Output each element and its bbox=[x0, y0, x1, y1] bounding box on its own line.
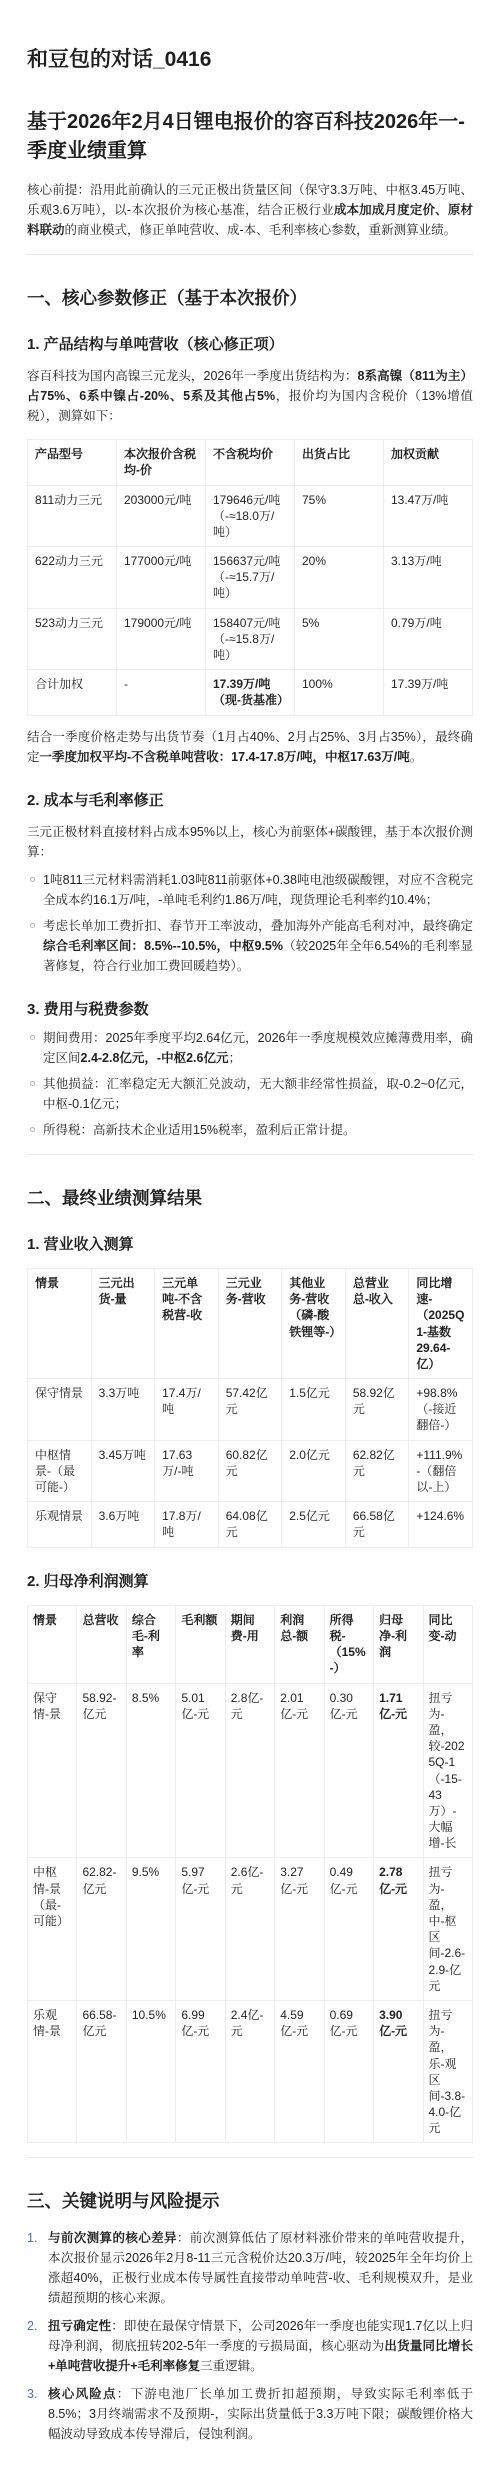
table-cell: 10.5% bbox=[126, 2000, 175, 2143]
table-header-row: 情景三元出货-量三元单吨-不含税营-收三元业务-营收其他业务-营收（磷-酸铁锂等… bbox=[28, 1268, 473, 1378]
cell-text: 64.08亿元 bbox=[226, 1509, 268, 1539]
list-item: 期间费用：2025年季度平均2.64亿元，2026年一季度规模效应摊薄费用率，确… bbox=[27, 1028, 473, 1068]
text-run: 考虑长单加工费折扣、春节开工率波动，叠加海外产能高毛利对冲，最终确定 bbox=[43, 919, 473, 933]
main-heading: 基于2026年2月4日锂电报价的容百科技2026年一-季度业绩重算 bbox=[27, 108, 473, 166]
column-header: 加权贡献 bbox=[384, 440, 473, 485]
cell-text: 62.82亿元 bbox=[353, 1448, 395, 1478]
cell-text: 2.6亿-元 bbox=[231, 1865, 264, 1895]
cell-text: 8.5% bbox=[132, 1691, 159, 1705]
cell-text: 10.5% bbox=[132, 2008, 166, 2022]
table-cell: 0.79万/吨 bbox=[384, 608, 473, 670]
bullet-icon bbox=[30, 1127, 35, 1132]
cell-text: 0.79万/吨 bbox=[391, 616, 442, 630]
section-divider bbox=[27, 254, 473, 255]
list-item: 3.核心风险点：下游电池厂长单加工费折扣超预期，导致实际毛利率低于8.5%；3月… bbox=[27, 2384, 473, 2444]
text-run: 所得税：高新技术企业适用15%税率，盈利后正常计提。 bbox=[43, 1123, 356, 1137]
cell-text: 3.27亿-元 bbox=[280, 1865, 308, 1895]
cell-text: 57.42亿元 bbox=[226, 1386, 268, 1416]
cell-text: 3.90亿-元 bbox=[379, 2008, 407, 2038]
bullet-icon bbox=[30, 877, 35, 882]
text-run: 的商业模式，修正单吨营收、成-本、毛利率核心参数，重新测算业绩。 bbox=[65, 223, 457, 237]
text-run: 扭亏确定性 bbox=[48, 2319, 111, 2333]
cell-text: 100% bbox=[302, 677, 333, 691]
section-divider bbox=[27, 1154, 473, 1155]
text-run: 综合毛利率区间：8.5%--10.5%，中枢9.5% bbox=[43, 939, 283, 953]
list-item-text: 其他损益：汇率稳定无大额汇兑波动，无大额非经常性损益，取-0.2~0亿元，中枢-… bbox=[43, 1074, 473, 1114]
table-cell: +111.9%-（翻倍以-上） bbox=[409, 1440, 473, 1502]
table-cell: 57.42亿元 bbox=[218, 1379, 282, 1441]
cell-text: 5.01亿-元 bbox=[181, 1691, 209, 1721]
column-header: 期间费-用 bbox=[225, 1605, 274, 1683]
table-cell: 17.4万/吨 bbox=[155, 1379, 219, 1441]
table-cell: +98.8%（-接近翻倍-） bbox=[409, 1379, 473, 1441]
table-row: 中枢情-景（最-可能）62.82-亿元9.5%5.97亿-元2.6亿-元3.27… bbox=[28, 1858, 473, 2001]
column-header: 总营业总-收入 bbox=[345, 1268, 409, 1378]
list-item-text: 所得税：高新技术企业适用15%税率，盈利后正常计提。 bbox=[43, 1120, 473, 1140]
intro-paragraph: 核心前提：沿用此前确认的三元正极出货量区间（保守3.3万吨、中枢3.45万吨、乐… bbox=[27, 180, 473, 240]
list-item-text: 期间费用：2025年季度平均2.64亿元，2026年一季度规模效应摊薄费用率，确… bbox=[43, 1028, 473, 1068]
table-row: 622动力三元177000元/吨156637元/吨（-≈15.7万/吨）20%3… bbox=[28, 547, 473, 609]
table-cell: 66.58-亿元 bbox=[77, 2000, 126, 2143]
table-cell: 中枢情-景（最-可能） bbox=[28, 1858, 77, 2001]
cell-text: 乐观情-景 bbox=[33, 2008, 61, 2038]
cell-text: 0.49亿-元 bbox=[330, 1865, 358, 1895]
column-header: 情景 bbox=[28, 1605, 77, 1683]
cell-text: 13.47万/吨 bbox=[391, 493, 448, 507]
column-header: 情景 bbox=[28, 1268, 92, 1378]
list-item: 所得税：高新技术企业适用15%税率，盈利后正常计提。 bbox=[27, 1120, 473, 1140]
text-run: 容百科技为国内高镍三元龙头，2026年一季度出货结构为： bbox=[27, 369, 358, 383]
table-cell: 75% bbox=[295, 485, 384, 547]
list-item-text: 核心风险点：下游电池厂长单加工费折扣超预期，导致实际毛利率低于8.5%；3月终端… bbox=[48, 2384, 473, 2444]
subsection-1-2-heading: 2. 成本与毛利率修正 bbox=[27, 791, 473, 811]
table-cell: 17.8万/吨 bbox=[155, 1502, 219, 1547]
cell-text: 扭亏为-盈，较-2025Q-1（-15-43万）-大幅增-长 bbox=[429, 1691, 465, 1851]
cell-text: 17.39万/吨（现-货基准） bbox=[213, 677, 289, 707]
cell-text: 17.4万/吨 bbox=[162, 1386, 201, 1416]
list-item: 2.扭亏确定性：即使在最保守情景下，公司2026年一季度也能实现1.7亿以上归母… bbox=[27, 2316, 473, 2376]
product-price-table: 产品型号本次报价含税均-价不含税均价出货占比加权贡献811动力三元203000元… bbox=[27, 439, 473, 715]
table-cell: 17.39万/吨 bbox=[384, 670, 473, 715]
table-cell: 2.6亿-元 bbox=[225, 1858, 274, 2001]
cost-intro-paragraph: 三元正极材料直接材料占成本95%以上，核心为前驱体+碳酸锂，基于本次报价测算： bbox=[27, 822, 473, 862]
column-header: 利润总-额 bbox=[275, 1605, 324, 1683]
cell-text: 2.4亿-元 bbox=[231, 2008, 264, 2038]
cell-text: 58.92亿元 bbox=[353, 1386, 395, 1416]
column-header: 本次报价含税均-价 bbox=[117, 440, 206, 485]
cell-text: 中枢情景-（最可能-） bbox=[35, 1448, 75, 1494]
table-cell: 3.90亿-元 bbox=[374, 2000, 423, 2143]
table-cell: 2.0亿元 bbox=[282, 1440, 346, 1502]
table-cell: 179646元/吨（-≈18.0万/吨） bbox=[206, 485, 295, 547]
cell-text: 20% bbox=[302, 554, 326, 568]
table-cell: 3.45万吨 bbox=[91, 1440, 155, 1502]
weighted-revenue-note: 结合一季度价格走势与出货节奏（1月占40%、2月占25%、3月占35%），最终确… bbox=[27, 727, 473, 767]
table-cell: 5.97亿-元 bbox=[176, 1858, 225, 2001]
table-cell: 3.3万吨 bbox=[91, 1379, 155, 1441]
section-divider bbox=[27, 2157, 473, 2158]
text-run: 核心风险点 bbox=[48, 2387, 117, 2401]
table-header-row: 产品型号本次报价含税均-价不含税均价出货占比加权贡献 bbox=[28, 440, 473, 485]
table-cell: 扭亏为-盈，中-枢区间-2.6-2.9-亿元 bbox=[423, 1858, 473, 2001]
table-cell: 811动力三元 bbox=[28, 485, 117, 547]
cell-text: 66.58亿元 bbox=[353, 1509, 395, 1539]
cell-text: 158407元/吨（-≈15.8万/吨） bbox=[213, 616, 280, 662]
table-row: 保守情-景58.92-亿元8.5%5.01亿-元2.8亿-元2.01亿-元0.3… bbox=[28, 1683, 473, 1858]
fee-tax-bullet-list: 期间费用：2025年季度平均2.64亿元，2026年一季度规模效应摊薄费用率，确… bbox=[27, 1028, 473, 1140]
table-cell: 1.71亿-元 bbox=[374, 1683, 423, 1858]
table-cell: 保守情-景 bbox=[28, 1683, 77, 1858]
cell-text: 4.59亿-元 bbox=[280, 2008, 308, 2038]
revenue-table: 情景三元出货-量三元单吨-不含税营-收三元业务-营收其他业务-营收（磷-酸铁锂等… bbox=[27, 1268, 473, 1548]
product-structure-paragraph: 容百科技为国内高镍三元龙头，2026年一季度出货结构为：8系高镍（811为主）占… bbox=[27, 366, 473, 426]
table-cell: 64.08亿元 bbox=[218, 1502, 282, 1547]
cell-text: 58.92-亿元 bbox=[82, 1691, 116, 1721]
table-cell: 66.58亿元 bbox=[345, 1502, 409, 1547]
table-cell: 2.8亿-元 bbox=[225, 1683, 274, 1858]
table-cell: 13.47万/吨 bbox=[384, 485, 473, 547]
cell-text: 乐观情景 bbox=[35, 1509, 83, 1523]
table-row: 保守情景3.3万吨17.4万/吨57.42亿元1.5亿元58.92亿元+98.8… bbox=[28, 1379, 473, 1441]
table-cell: 0.49亿-元 bbox=[324, 1858, 373, 2001]
subsection-1-3-heading: 3. 费用与税费参数 bbox=[27, 1000, 473, 1020]
table-cell: 5.01亿-元 bbox=[176, 1683, 225, 1858]
cell-text: 17.39万/吨 bbox=[391, 677, 448, 691]
table-cell: 0.69亿-元 bbox=[324, 2000, 373, 2143]
table-cell: 622动力三元 bbox=[28, 547, 117, 609]
cell-text: - bbox=[124, 677, 128, 691]
cell-text: 811动力三元 bbox=[35, 493, 102, 507]
table-cell: 62.82-亿元 bbox=[77, 1858, 126, 2001]
column-header: 出货占比 bbox=[295, 440, 384, 485]
column-header: 产品型号 bbox=[28, 440, 117, 485]
section-2-heading: 二、最终业绩测算结果 bbox=[27, 1187, 473, 1211]
cell-text: 177000元/吨 bbox=[124, 554, 191, 568]
list-item-text: 考虑长单加工费折扣、春节开工率波动，叠加海外产能高毛利对冲，最终确定综合毛利率区… bbox=[43, 916, 473, 976]
table-cell: 扭亏为-盈，乐-观区间-3.8-4.0-亿元 bbox=[423, 2000, 473, 2143]
table-cell: 4.59亿-元 bbox=[275, 2000, 324, 2143]
table-cell: 保守情景 bbox=[28, 1379, 92, 1441]
table-cell: 5% bbox=[295, 608, 384, 670]
list-item-text: 1吨811三元材料需消耗1.03吨811前驱体+0.38吨电池级碳酸锂，对应不含… bbox=[43, 870, 473, 910]
cell-text: 2.5亿元 bbox=[289, 1509, 330, 1523]
text-run: ； bbox=[228, 1051, 241, 1065]
column-header: 归母净-利润 bbox=[374, 1605, 423, 1683]
table-row: 523动力三元179000元/吨158407元/吨（-≈15.8万/吨）5%0.… bbox=[28, 608, 473, 670]
column-header: 同比变-动 bbox=[423, 1605, 473, 1683]
bullet-icon bbox=[30, 1035, 35, 1040]
item-number: 1. bbox=[27, 2228, 42, 2308]
column-header: 不含税均价 bbox=[206, 440, 295, 485]
list-item: 考虑长单加工费折扣、春节开工率波动，叠加海外产能高毛利对冲，最终确定综合毛利率区… bbox=[27, 916, 473, 976]
cell-text: 合计加权 bbox=[35, 677, 83, 691]
table-cell: 2.01亿-元 bbox=[275, 1683, 324, 1858]
cell-text: 5% bbox=[302, 616, 319, 630]
table-cell: 58.92-亿元 bbox=[77, 1683, 126, 1858]
cell-text: 1.5亿元 bbox=[289, 1386, 330, 1400]
table-cell: 156637元/吨（-≈15.7万/吨） bbox=[206, 547, 295, 609]
bullet-icon bbox=[30, 1081, 35, 1086]
cell-text: 扭亏为-盈，中-枢区间-2.6-2.9-亿元 bbox=[429, 1865, 466, 1992]
column-header: 所得税-（15%-） bbox=[324, 1605, 373, 1683]
table-cell: 58.92亿元 bbox=[345, 1379, 409, 1441]
table-cell: 62.82亿元 bbox=[345, 1440, 409, 1502]
subsection-2-1-heading: 1. 营业收入测算 bbox=[27, 1235, 473, 1255]
table-cell: - bbox=[117, 670, 206, 715]
cell-text: 179000元/吨 bbox=[124, 616, 191, 630]
text-run: 其他损益：汇率稳定无大额汇兑波动，无大额非经常性损益，取-0.2~0亿元，中枢-… bbox=[43, 1077, 473, 1111]
risk-numbered-list: 1.与前次测算的核心差异：前次测算低估了原材料涨价带来的单吨营收提升，本次报价显… bbox=[27, 2228, 473, 2444]
table-header-row: 情景总营收综合毛-利率毛利额期间费-用利润总-额所得税-（15%-）归母净-利润… bbox=[28, 1605, 473, 1683]
section-1-heading: 一、核心参数修正（基于本次报价） bbox=[27, 287, 473, 311]
cell-text: 0.69亿-元 bbox=[330, 2008, 358, 2038]
column-header: 总营收 bbox=[77, 1605, 126, 1683]
cell-text: 2.78亿-元 bbox=[379, 1865, 407, 1895]
cell-text: 0.30亿-元 bbox=[330, 1691, 358, 1721]
cell-text: 2.0亿元 bbox=[289, 1448, 330, 1462]
column-header: 其他业务-营收（磷-酸铁锂等-） bbox=[282, 1268, 346, 1378]
table-cell: 60.82亿元 bbox=[218, 1440, 282, 1502]
table-cell: 100% bbox=[295, 670, 384, 715]
section-3-heading: 三、关键说明与风险提示 bbox=[27, 2190, 473, 2214]
table-row: 合计加权-17.39万/吨（现-货基准）100%17.39万/吨 bbox=[28, 670, 473, 715]
list-item: 1.与前次测算的核心差异：前次测算低估了原材料涨价带来的单吨营收提升，本次报价显… bbox=[27, 2228, 473, 2308]
table-row: 乐观情景3.6万吨17.8万/吨64.08亿元2.5亿元66.58亿元+124.… bbox=[28, 1502, 473, 1547]
table-cell: 523动力三元 bbox=[28, 608, 117, 670]
table-row: 811动力三元203000元/吨179646元/吨（-≈18.0万/吨）75%1… bbox=[28, 485, 473, 547]
list-item: 其他损益：汇率稳定无大额汇兑波动，无大额非经常性损益，取-0.2~0亿元，中枢-… bbox=[27, 1074, 473, 1114]
cell-text: 60.82亿元 bbox=[226, 1448, 268, 1478]
text-run: 1吨811三元材料需消耗1.03吨811前驱体+0.38吨电池级碳酸锂，对应不含… bbox=[43, 873, 473, 907]
cell-text: +124.6% bbox=[416, 1509, 464, 1523]
table-cell: 3.13万/吨 bbox=[384, 547, 473, 609]
cell-text: 保守情景 bbox=[35, 1386, 83, 1400]
table-cell: 乐观情景 bbox=[28, 1502, 92, 1547]
profit-table: 情景总营收综合毛-利率毛利额期间费-用利润总-额所得税-（15%-）归母净-利润… bbox=[27, 1605, 473, 2144]
text-run: 。 bbox=[410, 750, 423, 764]
item-number: 2. bbox=[27, 2316, 42, 2376]
table-row: 乐观情-景66.58-亿元10.5%6.99亿-元2.4亿-元4.59亿-元0.… bbox=[28, 2000, 473, 2143]
table-cell: 2.5亿元 bbox=[282, 1502, 346, 1547]
table-cell: 2.78亿-元 bbox=[374, 1858, 423, 2001]
column-header: 三元单吨-不含税营-收 bbox=[155, 1268, 219, 1378]
cell-text: 179646元/吨（-≈18.0万/吨） bbox=[213, 493, 280, 539]
cell-text: 9.5% bbox=[132, 1865, 159, 1879]
table-cell: 17.63万/-吨 bbox=[155, 1440, 219, 1502]
column-header: 三元业务-营收 bbox=[218, 1268, 282, 1378]
item-number: 3. bbox=[27, 2384, 42, 2444]
table-cell: 179000元/吨 bbox=[117, 608, 206, 670]
cell-text: 中枢情-景（最-可能） bbox=[33, 1865, 69, 1928]
table-cell: 3.6万吨 bbox=[91, 1502, 155, 1547]
cost-bullet-list: 1吨811三元材料需消耗1.03吨811前驱体+0.38吨电池级碳酸锂，对应不含… bbox=[27, 870, 473, 976]
cell-text: 2.8亿-元 bbox=[231, 1691, 264, 1721]
table-cell: 20% bbox=[295, 547, 384, 609]
cell-text: 保守情-景 bbox=[33, 1691, 61, 1721]
list-item: 1吨811三元材料需消耗1.03吨811前驱体+0.38吨电池级碳酸锂，对应不含… bbox=[27, 870, 473, 910]
text-run: 一季度加权平均-不含税单吨营收：17.4-17.8万/吨，中枢17.63万/吨 bbox=[40, 750, 410, 764]
cell-text: 3.3万吨 bbox=[99, 1386, 140, 1400]
subsection-1-1-heading: 1. 产品结构与单吨营收（核心修正项） bbox=[27, 335, 473, 355]
cell-text: 5.97亿-元 bbox=[181, 1865, 209, 1895]
cell-text: 622动力三元 bbox=[35, 554, 103, 568]
subsection-2-2-heading: 2. 归母净利润测算 bbox=[27, 1572, 473, 1592]
cell-text: 17.8万/吨 bbox=[162, 1509, 201, 1539]
table-cell: 177000元/吨 bbox=[117, 547, 206, 609]
table-cell: 0.30亿-元 bbox=[324, 1683, 373, 1858]
column-header: 三元出货-量 bbox=[91, 1268, 155, 1378]
table-cell: +124.6% bbox=[409, 1502, 473, 1547]
document: 和豆包的对话_0416 基于2026年2月4日锂电报价的容百科技2026年一-季… bbox=[0, 46, 500, 2474]
cell-text: 203000元/吨 bbox=[124, 493, 191, 507]
table-row: 中枢情景-（最可能-）3.45万吨17.63万/-吨60.82亿元2.0亿元62… bbox=[28, 1440, 473, 1502]
table-cell: 6.99亿-元 bbox=[176, 2000, 225, 2143]
table-cell: 8.5% bbox=[126, 1683, 175, 1858]
cell-text: 1.71亿-元 bbox=[379, 1691, 407, 1721]
column-header: 毛利额 bbox=[176, 1605, 225, 1683]
bullet-icon bbox=[30, 923, 35, 928]
column-header: 同比增速-（2025Q1-基数29.64-亿） bbox=[409, 1268, 473, 1378]
text-run: 三元正极材料直接材料占成本95%以上，核心为前驱体+碳酸锂，基于本次报价测算： bbox=[27, 825, 473, 859]
table-cell: 2.4亿-元 bbox=[225, 2000, 274, 2143]
cell-text: 523动力三元 bbox=[35, 616, 103, 630]
cell-text: 17.63万/-吨 bbox=[162, 1448, 193, 1478]
cell-text: 66.58-亿元 bbox=[82, 2008, 116, 2038]
text-run: 与前次测算的核心差异 bbox=[48, 2231, 177, 2245]
column-header: 综合毛-利率 bbox=[126, 1605, 175, 1683]
cell-text: +98.8%（-接近翻倍-） bbox=[416, 1386, 457, 1432]
cell-text: 156637元/吨（-≈15.7万/吨） bbox=[213, 554, 280, 600]
cell-text: 2.01亿-元 bbox=[280, 1691, 308, 1721]
cell-text: 62.82-亿元 bbox=[82, 1865, 116, 1895]
table-cell: 中枢情景-（最可能-） bbox=[28, 1440, 92, 1502]
list-item-text: 扭亏确定性：即使在最保守情景下，公司2026年一季度也能实现1.7亿以上归母净利… bbox=[48, 2316, 473, 2376]
table-cell: 203000元/吨 bbox=[117, 485, 206, 547]
cell-text: 3.45万吨 bbox=[99, 1448, 146, 1462]
table-cell: 扭亏为-盈，较-2025Q-1（-15-43万）-大幅增-长 bbox=[423, 1683, 473, 1858]
table-cell: 17.39万/吨（现-货基准） bbox=[206, 670, 295, 715]
table-cell: 9.5% bbox=[126, 1858, 175, 2001]
table-cell: 合计加权 bbox=[28, 670, 117, 715]
text-run: 2.4-2.8亿元，-中枢2.6亿元 bbox=[81, 1051, 229, 1065]
table-cell: 乐观情-景 bbox=[28, 2000, 77, 2143]
list-item-text: 与前次测算的核心差异：前次测算低估了原材料涨价带来的单吨营收提升，本次报价显示2… bbox=[48, 2228, 473, 2308]
cell-text: 3.13万/吨 bbox=[391, 554, 442, 568]
cell-text: 扭亏为-盈，乐-观区间-3.8-4.0-亿元 bbox=[429, 2008, 466, 2135]
table-cell: 3.27亿-元 bbox=[275, 1858, 324, 2001]
doc-title: 和豆包的对话_0416 bbox=[27, 46, 473, 73]
text-run: 三重逻辑。 bbox=[200, 2359, 263, 2373]
cell-text: 3.6万吨 bbox=[99, 1509, 140, 1523]
table-cell: 1.5亿元 bbox=[282, 1379, 346, 1441]
cell-text: +111.9%-（翻倍以-上） bbox=[416, 1448, 462, 1494]
cell-text: 6.99亿-元 bbox=[181, 2008, 209, 2038]
table-cell: 158407元/吨（-≈15.8万/吨） bbox=[206, 608, 295, 670]
cell-text: 75% bbox=[302, 493, 326, 507]
